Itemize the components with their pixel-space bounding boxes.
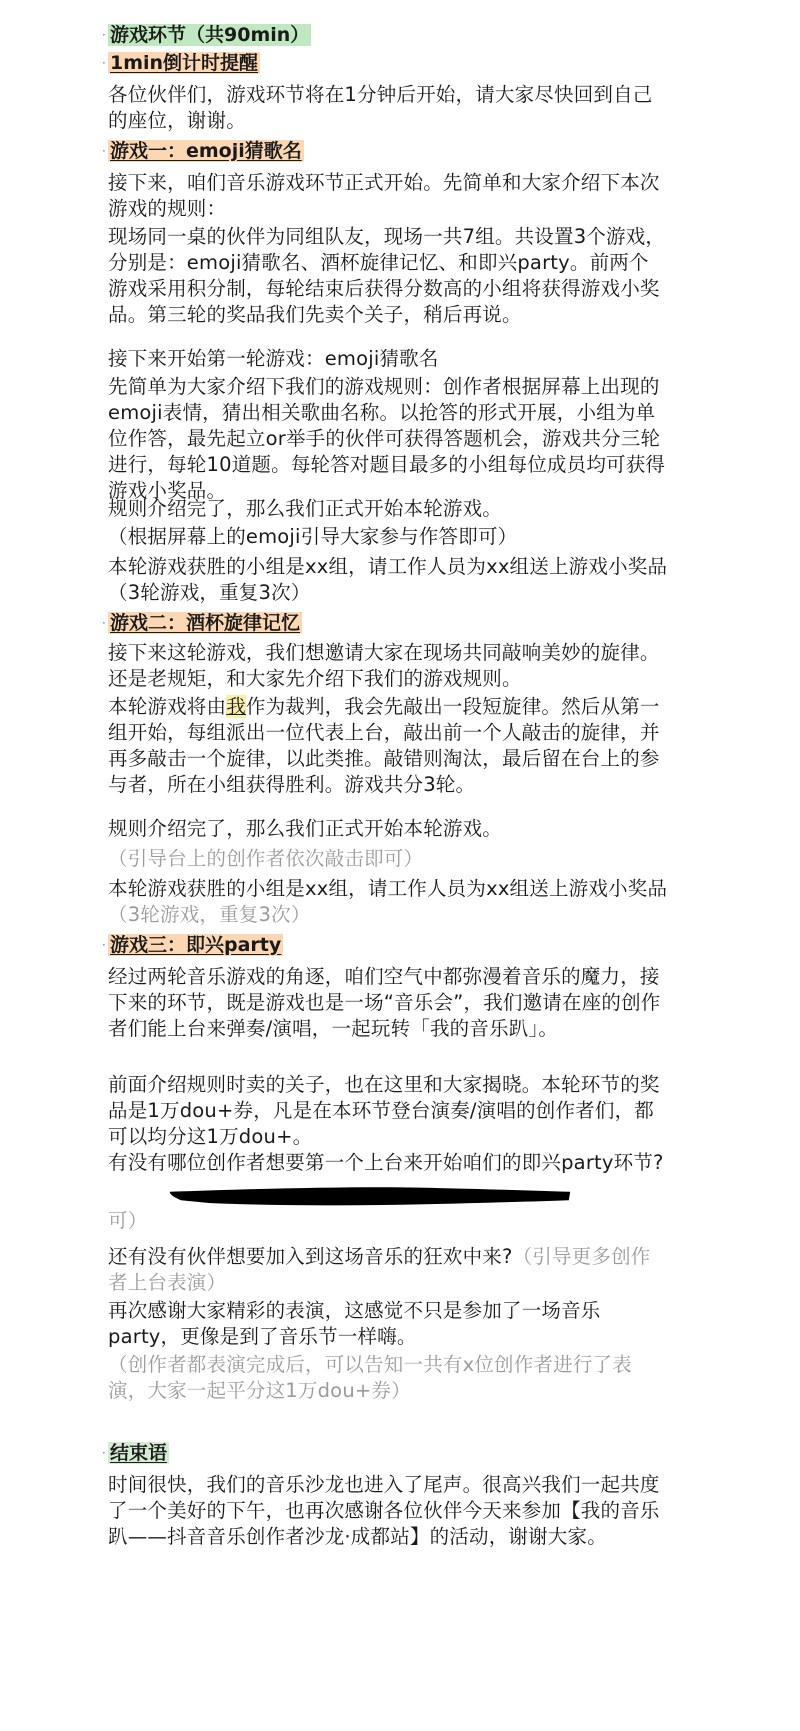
game2-paragraph-rules: 本轮游戏将由我作为裁判，我会先敲出一段短旋律。然后从第一组开始，每组派出一位代表…	[108, 694, 668, 798]
closing-paragraph: 时间很快，我们的音乐沙龙也进入了尾声。很高兴我们一起共度了一个美好的下午，也再次…	[108, 1472, 668, 1550]
redaction-scribble	[80, 1182, 660, 1210]
section-heading-game3: · 游戏三：即兴party	[108, 932, 283, 958]
bullet-dot: ·	[102, 1440, 106, 1466]
game1-paragraph-begin: 规则介绍完了，那么我们正式开始本轮游戏。	[108, 496, 668, 522]
game3-paragraph-thanks: 再次感谢大家精彩的表演，这感觉不只是参加了一场音乐party，更像是到了音乐节一…	[108, 1298, 668, 1350]
game2-paragraph-guide: （引导台上的创作者依次敲击即可）	[108, 846, 668, 872]
game3-paragraph-invite: 有没有哪位创作者想要第一个上台来开始咱们的即兴party环节?	[108, 1150, 668, 1176]
game3-paragraph-prize: 前面介绍规则时卖的关子，也在这里和大家揭晓。本轮环节的奖品是1万dou+券，凡是…	[108, 1072, 668, 1150]
bullet-dot: ·	[102, 50, 106, 76]
game3-paragraph-redacted-tail: 可）	[108, 1208, 668, 1234]
section-heading-games: · 游戏环节（共90min）	[108, 22, 311, 48]
section-heading-game1: · 游戏一：emoji猜歌名	[108, 138, 304, 164]
game3-paragraph-more: 还有没有伙伴想要加入到这场音乐的狂欢中来?（引导更多创作者上台表演）	[108, 1244, 668, 1296]
highlighted-word: 我	[226, 695, 246, 718]
countdown-paragraph: 各位伙伴们，游戏环节将在1分钟后开始，请大家尽快回到自己的座位，谢谢。	[108, 82, 668, 134]
bullet-dot: ·	[102, 610, 106, 636]
game2-paragraph-winner: 本轮游戏获胜的小组是xx组，请工作人员为xx组送上游戏小奖品（3轮游戏，重复3次…	[108, 876, 668, 928]
game1-paragraph-howto: 先简单为大家介绍下我们的游戏规则：创作者根据屏幕上出现的emoji表情，猜出相关…	[108, 374, 668, 504]
game1-paragraph-intro: 接下来，咱们音乐游戏环节正式开始。先简单和大家介绍下本次游戏的规则：	[108, 170, 668, 222]
game1-paragraph-guide: （根据屏幕上的emoji引导大家参与作答即可）	[108, 524, 668, 550]
game3-paragraph-note: （创作者都表演完成后，可以告知一共有x位创作者进行了表演，大家一起平分这1万do…	[108, 1352, 668, 1404]
bullet-dot: ·	[102, 22, 106, 48]
bullet-dot: ·	[102, 138, 106, 164]
section-heading-game2: · 游戏二：酒杯旋律记忆	[108, 610, 302, 636]
game2-paragraph-begin: 规则介绍完了，那么我们正式开始本轮游戏。	[108, 816, 668, 842]
game1-paragraph-start: 接下来开始第一轮游戏：emoji猜歌名	[108, 346, 668, 372]
game2-paragraph-intro: 接下来这轮游戏，我们想邀请大家在现场共同敲响美妙的旋律。还是老规矩，和大家先介绍…	[108, 640, 668, 692]
game3-paragraph-intro: 经过两轮音乐游戏的角逐，咱们空气中都弥漫着音乐的魔力，接下来的环节，既是游戏也是…	[108, 964, 668, 1042]
game1-paragraph-winner: 本轮游戏获胜的小组是xx组，请工作人员为xx组送上游戏小奖品（3轮游戏，重复3次…	[108, 554, 668, 606]
game1-paragraph-rules: 现场同一桌的伙伴为同组队友，现场一共7组。共设置3个游戏，分别是：emoji猜歌…	[108, 224, 668, 328]
section-heading-closing: · 结束语	[108, 1440, 169, 1466]
section-heading-countdown: · 1min倒计时提醒	[108, 50, 260, 76]
bullet-dot: ·	[102, 932, 106, 958]
